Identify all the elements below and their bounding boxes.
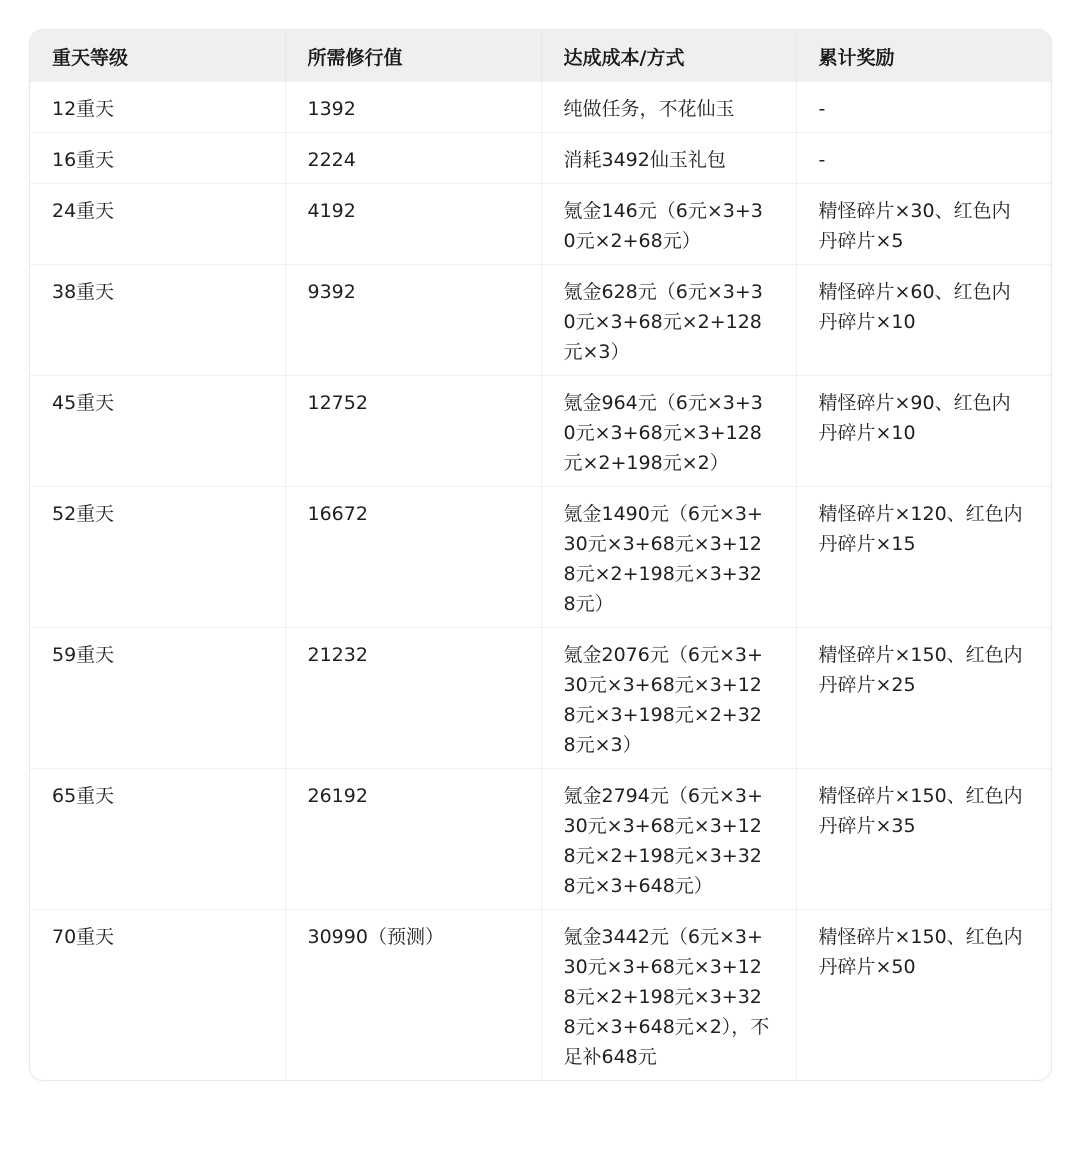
- cell-level: 65重天: [30, 769, 285, 910]
- cell-required: 4192: [285, 184, 541, 265]
- cell-reward: -: [796, 82, 1051, 133]
- table-row: 52重天 16672 氪金1490元（6元×3+30元×3+68元×3+128元…: [30, 487, 1051, 628]
- header-reward: 累计奖励: [796, 30, 1051, 82]
- cell-required: 12752: [285, 376, 541, 487]
- cell-reward: 精怪碎片×90、红色内丹碎片×10: [796, 376, 1051, 487]
- cell-level: 38重天: [30, 265, 285, 376]
- cell-cost: 消耗3492仙玉礼包: [541, 133, 796, 184]
- header-level: 重天等级: [30, 30, 285, 82]
- cell-reward: 精怪碎片×60、红色内丹碎片×10: [796, 265, 1051, 376]
- cell-level: 70重天: [30, 910, 285, 1081]
- table-row: 45重天 12752 氪金964元（6元×3+30元×3+68元×3+128元×…: [30, 376, 1051, 487]
- cell-cost: 氪金1490元（6元×3+30元×3+68元×3+128元×2+198元×3+3…: [541, 487, 796, 628]
- cell-level: 45重天: [30, 376, 285, 487]
- table-row: 16重天 2224 消耗3492仙玉礼包 -: [30, 133, 1051, 184]
- table-row: 24重天 4192 氪金146元（6元×3+30元×2+68元） 精怪碎片×30…: [30, 184, 1051, 265]
- cell-cost: 氪金2076元（6元×3+30元×3+68元×3+128元×3+198元×2+3…: [541, 628, 796, 769]
- table-row: 59重天 21232 氪金2076元（6元×3+30元×3+68元×3+128元…: [30, 628, 1051, 769]
- table-row: 65重天 26192 氪金2794元（6元×3+30元×3+68元×3+128元…: [30, 769, 1051, 910]
- table-row: 12重天 1392 纯做任务，不花仙玉 -: [30, 82, 1051, 133]
- cell-cost: 氪金146元（6元×3+30元×2+68元）: [541, 184, 796, 265]
- table-header-row: 重天等级 所需修行值 达成成本/方式 累计奖励: [30, 30, 1051, 82]
- cell-required: 26192: [285, 769, 541, 910]
- cell-reward: 精怪碎片×150、红色内丹碎片×50: [796, 910, 1051, 1081]
- cell-required: 1392: [285, 82, 541, 133]
- cell-reward: 精怪碎片×150、红色内丹碎片×35: [796, 769, 1051, 910]
- cell-required: 2224: [285, 133, 541, 184]
- cell-cost: 氪金3442元（6元×3+30元×3+68元×3+128元×2+198元×3+3…: [541, 910, 796, 1081]
- cell-reward: 精怪碎片×30、红色内丹碎片×5: [796, 184, 1051, 265]
- cell-level: 59重天: [30, 628, 285, 769]
- cell-required: 30990（预测）: [285, 910, 541, 1081]
- header-required: 所需修行值: [285, 30, 541, 82]
- cell-level: 52重天: [30, 487, 285, 628]
- cell-cost: 氪金2794元（6元×3+30元×3+68元×3+128元×2+198元×3+3…: [541, 769, 796, 910]
- cell-required: 21232: [285, 628, 541, 769]
- table-row: 70重天 30990（预测） 氪金3442元（6元×3+30元×3+68元×3+…: [30, 910, 1051, 1081]
- header-cost: 达成成本/方式: [541, 30, 796, 82]
- cell-level: 24重天: [30, 184, 285, 265]
- cell-cost: 氪金964元（6元×3+30元×3+68元×3+128元×2+198元×2）: [541, 376, 796, 487]
- cell-reward: 精怪碎片×150、红色内丹碎片×25: [796, 628, 1051, 769]
- tier-cost-table: 重天等级 所需修行值 达成成本/方式 累计奖励 12重天 1392 纯做任务，不…: [30, 30, 1051, 1080]
- cell-required: 16672: [285, 487, 541, 628]
- cell-cost: 氪金628元（6元×3+30元×3+68元×2+128元×3）: [541, 265, 796, 376]
- cell-reward: -: [796, 133, 1051, 184]
- data-table-container: 重天等级 所需修行值 达成成本/方式 累计奖励 12重天 1392 纯做任务，不…: [29, 29, 1052, 1081]
- table-row: 38重天 9392 氪金628元（6元×3+30元×3+68元×2+128元×3…: [30, 265, 1051, 376]
- cell-level: 16重天: [30, 133, 285, 184]
- cell-reward: 精怪碎片×120、红色内丹碎片×15: [796, 487, 1051, 628]
- cell-cost: 纯做任务，不花仙玉: [541, 82, 796, 133]
- cell-required: 9392: [285, 265, 541, 376]
- cell-level: 12重天: [30, 82, 285, 133]
